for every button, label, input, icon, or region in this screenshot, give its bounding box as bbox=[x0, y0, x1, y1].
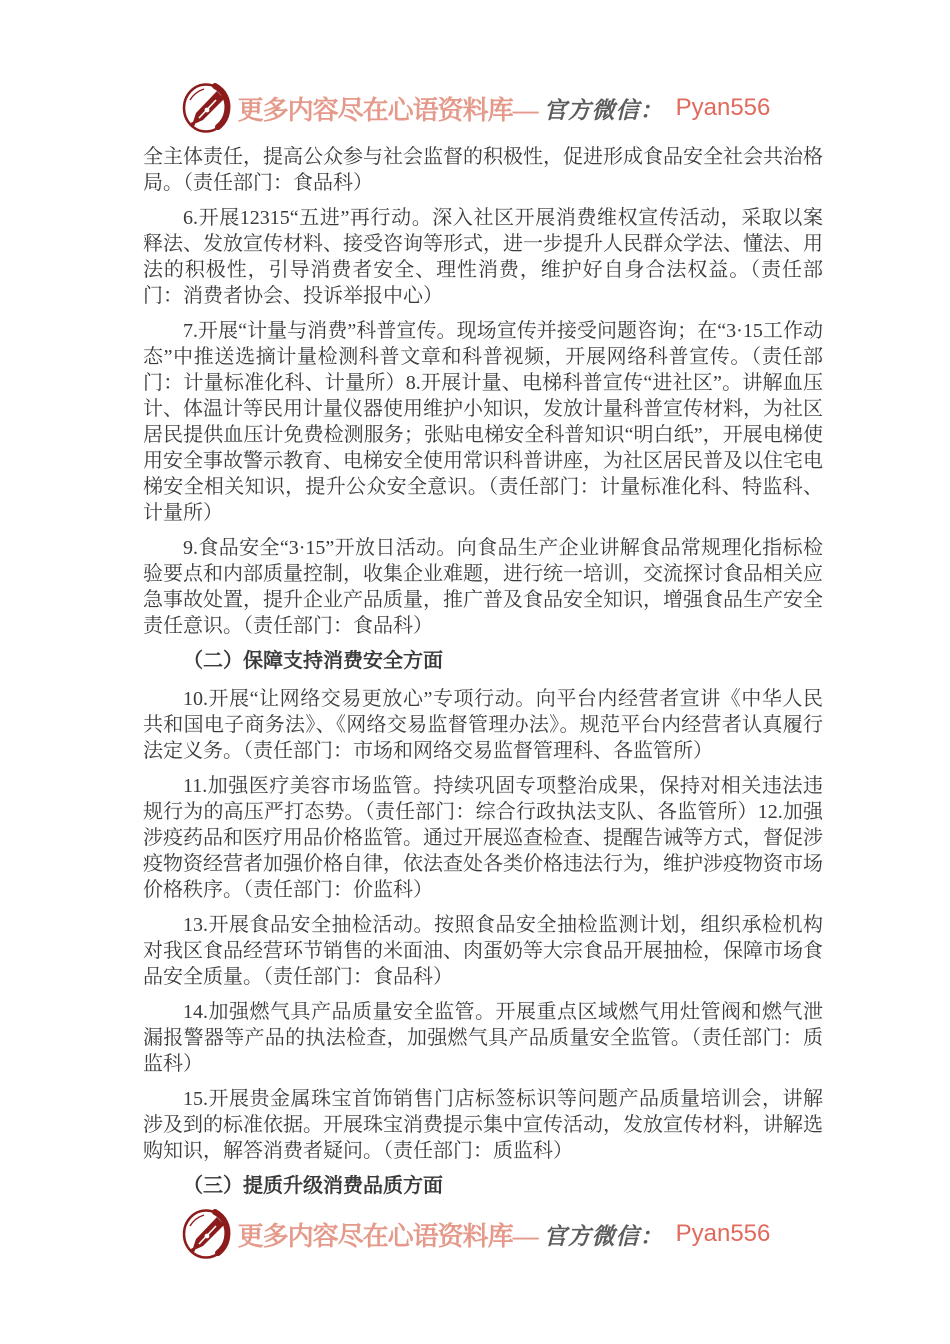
paragraph-item-7-8: 7.开展“计量与消费”科普宣传。现场宣传并接受问题咨询；在“3·15工作动态”中… bbox=[143, 318, 823, 526]
header-watermark: 更多内容尽在心语资料库—官方微信：Pyan556 bbox=[0, 80, 950, 136]
footer-watermark: 更多内容尽在心语资料库—官方微信：Pyan556 bbox=[0, 1206, 950, 1262]
watermark-brand-text: 更多内容尽在心语资料库— bbox=[238, 1216, 538, 1253]
watermark-wechat-label: 官方微信： bbox=[544, 1218, 664, 1251]
document-page: 更多内容尽在心语资料库—官方微信：Pyan556 全主体责任，提高公众参与社会监… bbox=[0, 0, 950, 1344]
paragraph-item-10: 10.开展“让网络交易更放心”专项行动。向平台内经营者宣讲《中华人民共和国电子商… bbox=[143, 686, 823, 764]
section-heading-2: （二）保障支持消费安全方面 bbox=[143, 648, 823, 674]
pen-circle-logo-icon bbox=[180, 80, 232, 136]
section-heading-3: （三）提质升级消费品质方面 bbox=[143, 1173, 823, 1199]
paragraph-item-9: 9.食品安全“3·15”开放日活动。向食品生产企业讲解食品常规理化指标检验要点和… bbox=[143, 535, 823, 639]
paragraph-item-13: 13.开展食品安全抽检活动。按照食品安全抽检监测计划，组织承检机构对我区食品经营… bbox=[143, 912, 823, 990]
watermark-wechat-id: Pyan556 bbox=[676, 94, 771, 122]
watermark-wechat-id: Pyan556 bbox=[676, 1220, 771, 1248]
document-body: 全主体责任，提高公众参与社会监督的积极性，促进形成食品安全社会共治格局。（责任部… bbox=[143, 144, 823, 1211]
paragraph-item-15: 15.开展贵金属珠宝首饰销售门店标签标识等问题产品质量培训会，讲解涉及到的标准依… bbox=[143, 1086, 823, 1164]
watermark-brand-text: 更多内容尽在心语资料库— bbox=[238, 90, 538, 127]
paragraph-item-6: 6.开展12315“五进”再行动。深入社区开展消费维权宣传活动，采取以案释法、发… bbox=[143, 205, 823, 309]
watermark-wechat-label: 官方微信： bbox=[544, 92, 664, 125]
paragraph-continuation: 全主体责任，提高公众参与社会监督的积极性，促进形成食品安全社会共治格局。（责任部… bbox=[143, 144, 823, 196]
pen-circle-logo-icon bbox=[180, 1206, 232, 1262]
paragraph-item-11-12: 11.加强医疗美容市场监管。持续巩固专项整治成果，保持对相关违法违规行为的高压严… bbox=[143, 773, 823, 903]
paragraph-item-14: 14.加强燃气具产品质量安全监管。开展重点区域燃气用灶管阀和燃气泄漏报警器等产品… bbox=[143, 999, 823, 1077]
